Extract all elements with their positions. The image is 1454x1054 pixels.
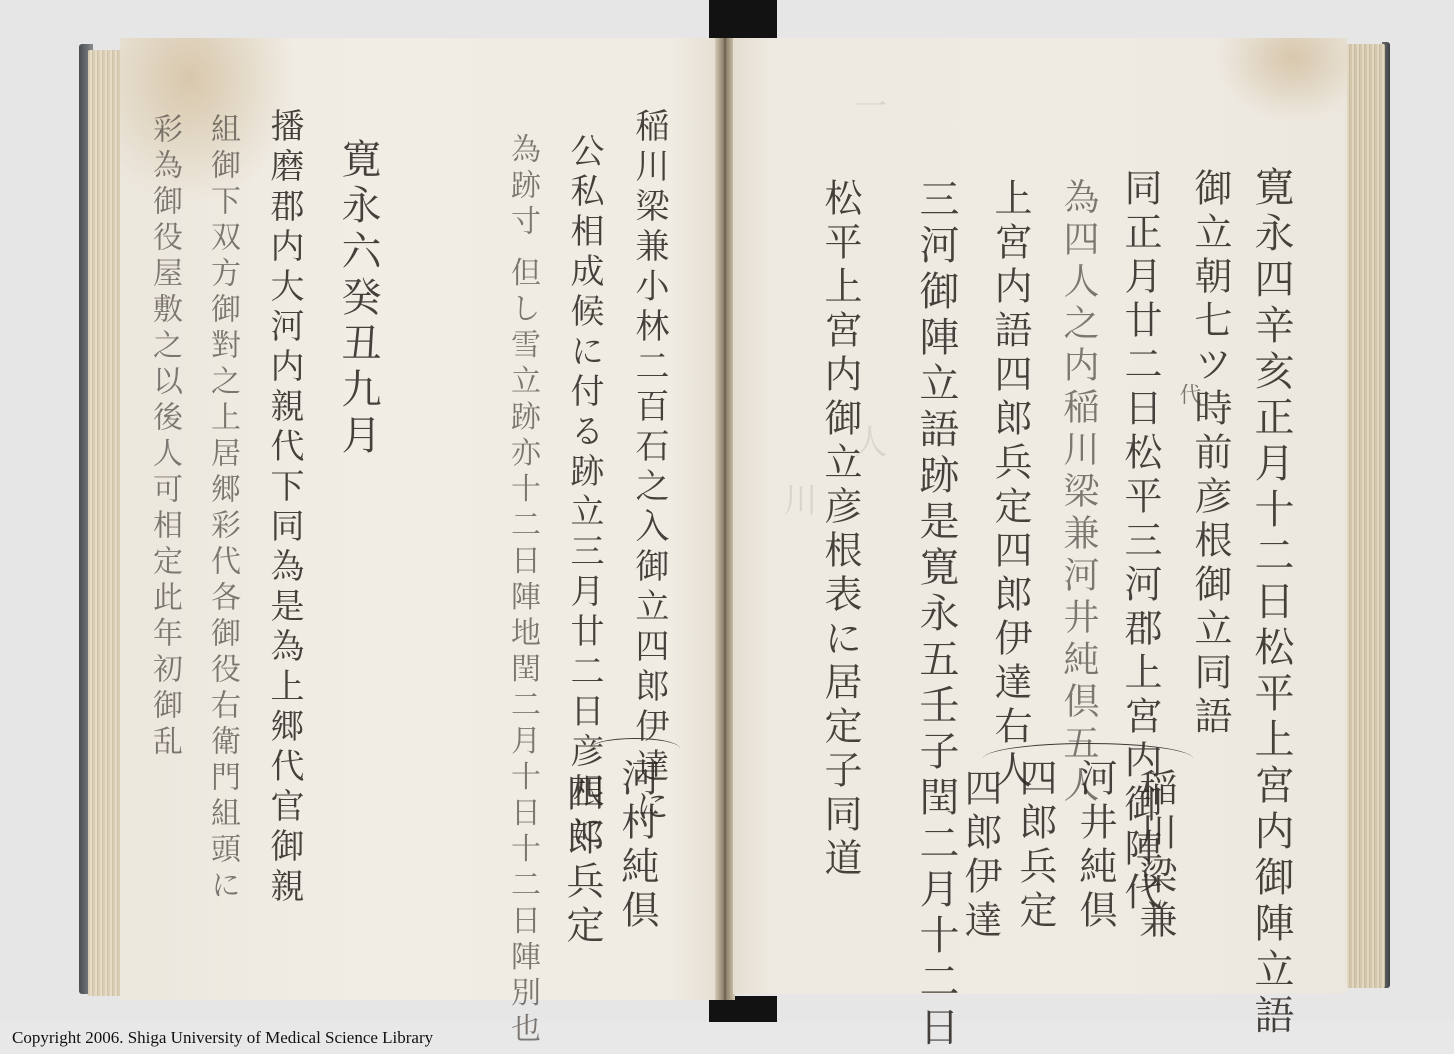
manuscript-column: 稲川梁兼小林二百石之入御立四郎伊達に — [625, 108, 674, 828]
bracketed-name: 河井純倶 — [1068, 758, 1123, 934]
manuscript-column: 播磨郡内大河内親代下同為是為上郷代官御親 — [260, 108, 309, 908]
era-date-heading: 寛永六癸丑九月 — [330, 138, 387, 460]
manuscript-column: 為四人之内稲川梁兼河井純倶五人 — [1053, 178, 1104, 808]
manuscript-column: 松平上宮内御立彦根表に居定子同道 — [813, 178, 868, 882]
left-page: 稲川梁兼小林二百石之入御立四郎伊達に 公私相成候に付る跡立三月廿二日彦根に 為跡… — [120, 38, 717, 1000]
right-page: 一 人 川 寛永四辛亥正月十二日松平上宮内御陣立語 御立朝七ツ時前彦根御立同語 … — [733, 38, 1347, 994]
manuscript-column: 上宮内語四郎兵定四郎伊達右人 — [983, 178, 1038, 794]
bracketed-name: 四郎伊達 — [953, 768, 1008, 944]
photo-background: 稲川梁兼小林二百石之入御立四郎伊達に 公私相成候に付る跡立三月廿二日彦根に 為跡… — [0, 0, 1454, 1022]
bookmark-ribbon-top — [709, 0, 777, 38]
bracketed-name: 稲川梁兼 — [1128, 768, 1183, 944]
bracketed-name: 四郎兵定 — [555, 773, 610, 949]
copyright-notice: Copyright 2006. Shiga University of Medi… — [12, 1028, 433, 1048]
manuscript-column: 寛永四辛亥正月十二日松平上宮内御陣立語 — [1243, 166, 1300, 1040]
manuscript-column: 組御下双方御對之上居郷彩代各御役右衛門組頭に — [200, 113, 244, 905]
page-edges-right — [1345, 44, 1385, 988]
bracketed-name: 四郎兵定 — [1008, 758, 1063, 934]
manuscript-column: 為跡寸 但し雪立跡亦十二日陣地閏二月十日十二日陣別也 — [500, 133, 544, 1049]
manuscript-column: 彩為御役屋敷之以後人可相定此年初御乱 — [142, 113, 186, 761]
annotation-note: 代 — [1173, 383, 1204, 409]
page-edges-left — [88, 50, 124, 996]
manuscript-column: 御立朝七ツ時前彦根御立同語 — [1183, 168, 1238, 740]
book-gutter — [715, 38, 735, 1000]
bracket-arc — [590, 738, 680, 759]
bracketed-name: 河村純倶 — [610, 758, 665, 934]
